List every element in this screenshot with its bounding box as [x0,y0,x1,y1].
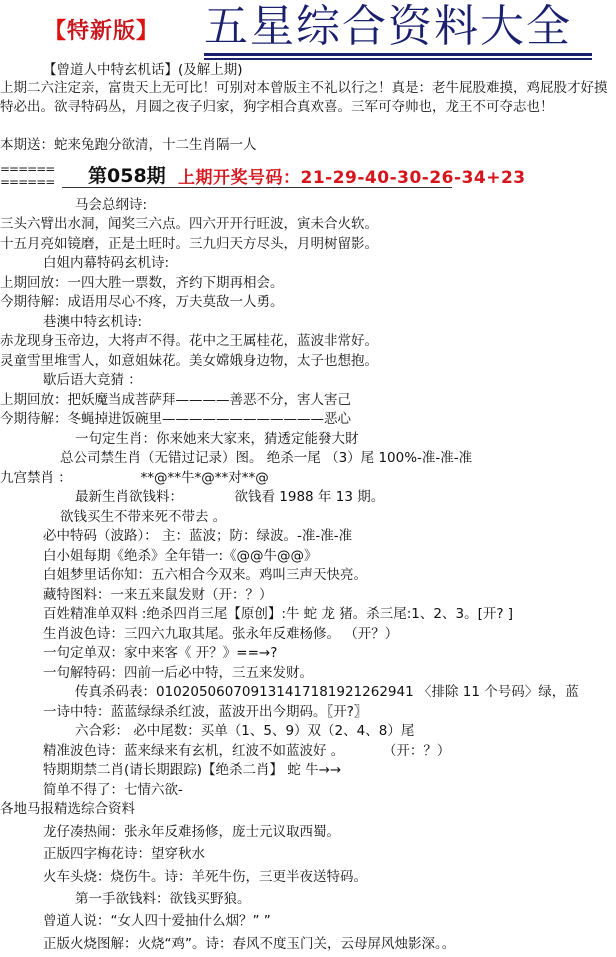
text-line: 三头六臂出水洞，闻奖三六点。四六开开行旺波，寅未合火软。 [0,215,378,233]
text-line: 赤龙现身玉帝边，大将声不得。花中之王属桂花，蓝波非常好。 [0,332,378,350]
bracket-left: 【 [44,18,67,44]
text-line: 最新生肖欲钱料： 欲钱看 1988 年 13 期。 [75,488,384,506]
text-line: 曾道人说：“女人四十爱抽什么烟？” ” [43,912,271,930]
text-line: 灵童雪里堆雪人，如意姐妹花。美女嫦娥身边物，太子也想抱。 [0,352,378,370]
text-line: 六合彩： 必中尾数：买单（1、5、9）双（2、4、8）尾 [75,722,414,740]
text-line: 一句定生肖：你来她来大家来，猜透定能發大財 [75,430,359,448]
bracket-right: 】 [136,18,159,44]
divider [62,187,452,188]
text-line: 巷澳中特玄机诗: [43,313,142,331]
edition-label: 【特新版】 [44,14,159,45]
title-underline [204,53,592,56]
text-line: 龙仔凑热闹：张永年反难扬修，庞士元议取西蜀。 [43,823,340,841]
text-line: 今期待解：冬蝇掉进饭碗里————————————恶心 [0,410,351,428]
text-line: 一句定单双：家中来客《 开？》==→? [43,644,277,662]
text-line: 各地马报精选综合资料 [0,800,135,818]
text-line: 上期回放：一四大胜一票数，齐约下期再相会。 [0,274,284,292]
text-line: 一诗中特：蓝蓝绿绿杀红波，蓝波开出今期码。〖开?〗 [43,703,367,721]
edition-text: 特新版 [67,18,136,44]
last-draw-label: 上期开奖号码： [178,168,301,188]
issue-bar: ====== ====== 第058期 上期开奖号码：21-29-40-30-2… [0,160,616,192]
text-line: 白小姐每期《绝杀》全年错一:《@@牛@@》 [43,547,318,565]
text-line: 精准波色诗：蓝来绿来有玄机，红波不如蓝波好 。 （开：？） [43,742,450,760]
text-line: 上期回放：把妖魔当成菩萨拜————善恶不分，害人害己 [0,391,351,409]
text-line: 一句解特码：四前一后必中特，三五来发财。 [43,664,313,682]
text-line: 必中特码（波路）： 主：蓝波；防：绿波。-准-准-准 [43,527,352,545]
text-line: 马会总纲诗: [75,196,147,214]
text-line: 简单不得了：七情六欲- [43,781,183,799]
text-line: 火车头烧：烧伤牛。诗：羊死牛伤，三更半夜送特码。 [43,868,367,886]
text-line: 歇后语大竞猜 ： [43,371,142,389]
text-line: 传真杀码表：010205060709131417181921262941 〈排除… [75,683,579,701]
text-line: 十五月亮如镜磨，正是土旺时。三九归天方尽头，月明树留影。 [0,235,378,253]
intro-heading: 【曾道人中特玄机话】(及解上期) [43,61,243,79]
text-line: 特期期禁二肖(请长期跟踪)【绝杀二肖】 蛇 牛→→ [43,761,341,779]
text-line: 欲钱买生不带来死不带去 。 [60,508,226,526]
gift-line: 本期送：蛇来兔跑分欲清，十二生肖隔一人 [0,136,257,154]
text-line: 今期待解：成语用尽心不疼，万夫莫敌一人勇。 [0,293,284,311]
text-line: 九宫禁肖 ： **@**牛*@**对**@ [0,469,269,487]
text-line: 藏特图料：一来五来鼠发财（开：？） [43,586,273,604]
text-line: 第一手欲钱料：欲钱买野狼。 [75,890,251,908]
page-header: 【特新版】 五星综合资料大全 [0,0,616,60]
text-line: 白姐梦里话你知：五六相合今双来。鸡叫三声天快亮。 [43,566,367,584]
text-line: 白姐内幕特码玄机诗: [43,254,169,272]
text-line: 生肖波色诗：三四六九取其尾。张永年反难杨修。 （开？） [43,625,398,643]
separator-2: ====== [0,175,54,189]
intro-paragraph: 上期二六注定亲，富贵天上无可比！可别对本曾版主不礼以行之！真是：老牛屁股难摸，鸡… [0,79,612,116]
title-underline-2 [204,58,592,60]
text-line: 总公司禁生肖（无错过记录）图。 绝杀一尾 （3）尾 100%-准-准-准 [60,449,472,467]
separator: ====== [0,162,54,176]
page-title: 五星综合资料大全 [204,2,572,52]
issue-number: 第058期 [88,161,166,188]
text-line: 正版四字梅花诗：望穿秋水 [43,845,205,863]
text-line: 正版火烧图解：火烧“鸡”。诗：春风不度玉门关，云母屏风烛影深。。 [43,935,455,953]
last-draw: 上期开奖号码：21-29-40-30-26-34+23 [178,163,526,188]
last-draw-numbers: 21-29-40-30-26-34+23 [301,168,526,188]
text-line: 百姓精准单双料 :绝杀四肖三尾【原创】:牛 蛇 龙 猪。杀三尾:1、2、3。[开… [43,605,513,623]
